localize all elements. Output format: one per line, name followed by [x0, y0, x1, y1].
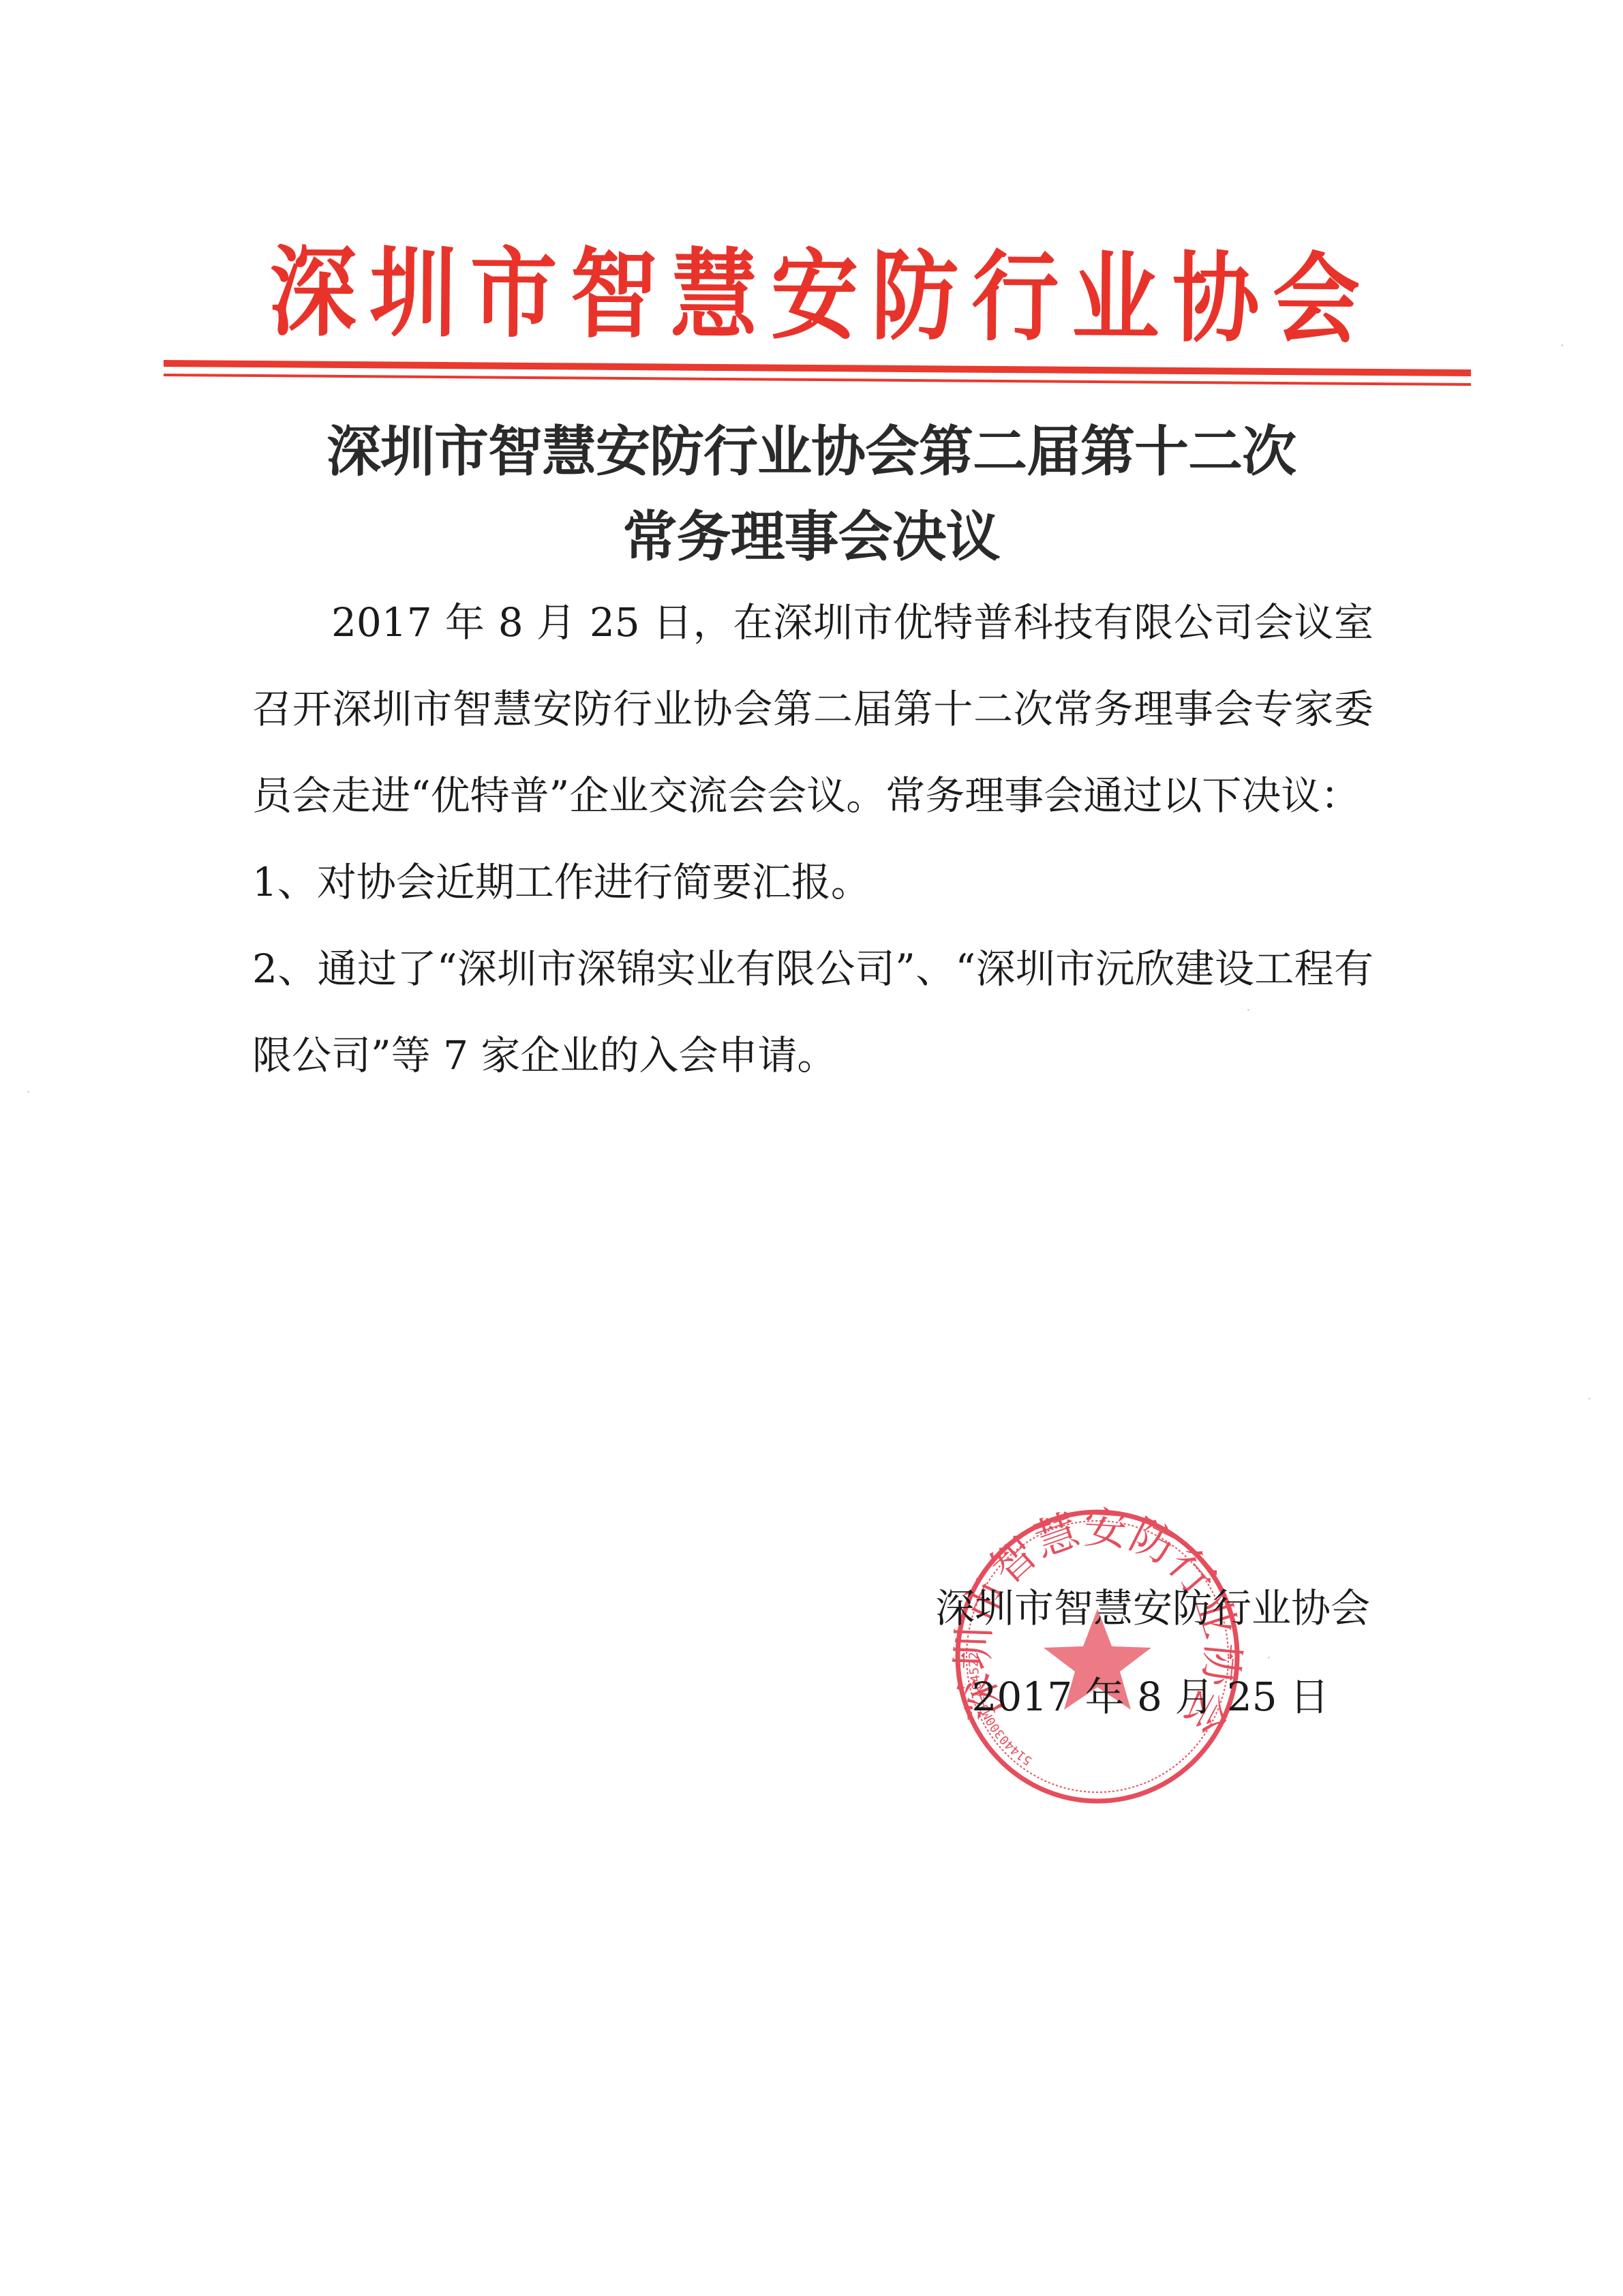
letterhead-char: 安 [770, 247, 858, 346]
resolution-item-1: 1、对协会近期工作进行简要汇报。 [252, 839, 1374, 926]
resolution-item-2: 2、通过了“深圳市深锦实业有限公司”、“深圳市沅欣建设工程有限公司”等 7 家企… [252, 926, 1374, 1099]
letterhead-divider-thick [164, 360, 1471, 376]
document-page: 深 圳 市 智 慧 安 防 行 业 协 会 深圳市智慧安防行业协会第二届第十二次… [0, 0, 1623, 2296]
letterhead-char: 市 [470, 245, 558, 344]
document-title-line-2: 常务理事会决议 [252, 494, 1370, 579]
letterhead-char: 行 [971, 250, 1059, 348]
scan-speck [344, 879, 346, 881]
document-title-line-1: 深圳市智慧安防行业协会第二届第十二次 [252, 409, 1370, 494]
letterhead-char: 会 [1272, 252, 1360, 350]
scan-speck [1561, 344, 1563, 346]
signature-block: 深圳市智慧安防行业协会 2017 年 8 月 25 日 [852, 1588, 1370, 1717]
letterhead-char: 慧 [670, 247, 758, 345]
signature-organization: 深圳市智慧安防行业协会 [852, 1588, 1370, 1628]
letterhead-char: 圳 [369, 245, 457, 343]
document-title: 深圳市智慧安防行业协会第二届第十二次 常务理事会决议 [252, 409, 1370, 579]
document-body: 2017 年 8 月 25 日，在深圳市优特普科技有限公司会议室召开深圳市智慧安… [252, 579, 1374, 1099]
letterhead-divider-thin [164, 374, 1471, 386]
letterhead-title: 深 圳 市 智 慧 安 防 行 业 协 会 [269, 235, 1360, 359]
scan-speck [27, 1091, 29, 1093]
letterhead-char: 智 [570, 246, 658, 344]
letterhead-char: 深 [269, 244, 357, 342]
letterhead-char: 业 [1072, 250, 1159, 348]
scan-speck [1588, 1398, 1590, 1400]
signature-date: 2017 年 8 月 25 日 [852, 1677, 1370, 1717]
scan-speck [1247, 1009, 1249, 1011]
scan-speck [811, 320, 813, 322]
letterhead-char: 协 [1172, 251, 1260, 349]
intro-paragraph: 2017 年 8 月 25 日，在深圳市优特普科技有限公司会议室召开深圳市智慧安… [252, 579, 1374, 839]
letterhead-char: 防 [871, 248, 959, 346]
